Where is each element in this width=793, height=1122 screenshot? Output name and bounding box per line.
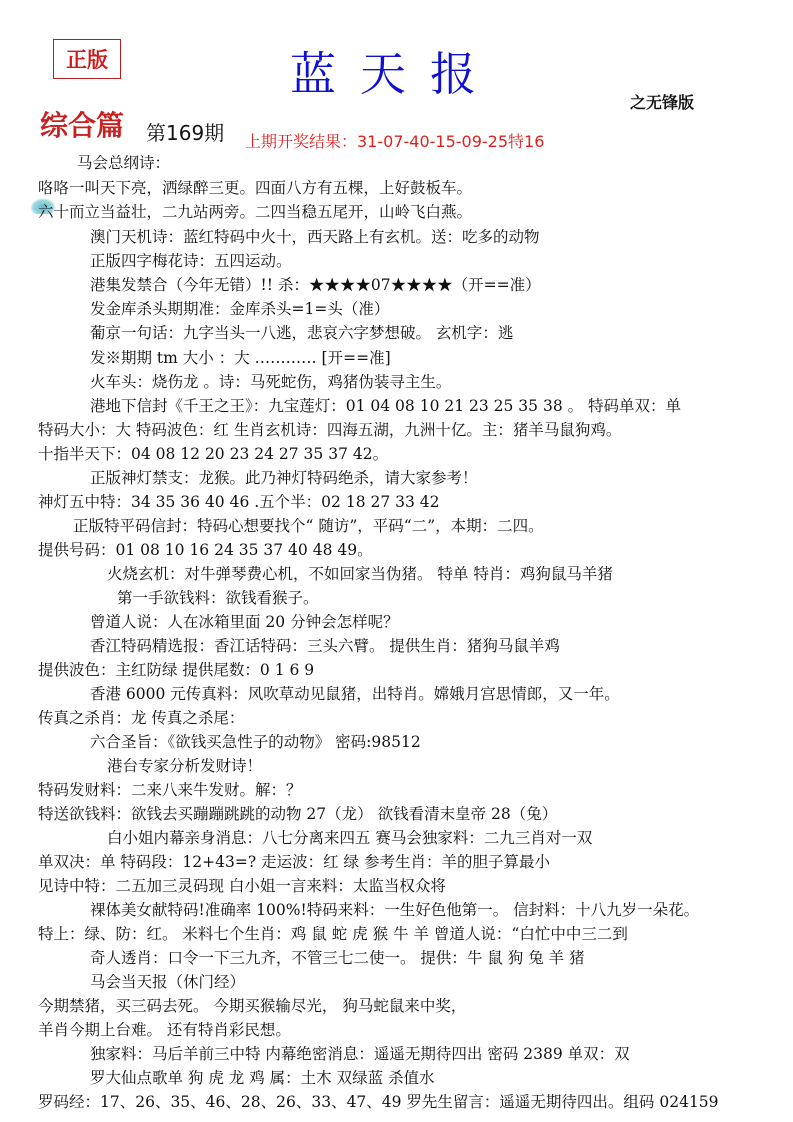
text-line: 葡京一句话：九字当头一八逃，悲哀六字梦想破。 玄机字：逃 [90, 323, 513, 343]
text-line: 澳门天机诗：蓝红特码中火十，西天路上有玄机。送：吃多的动物 [90, 227, 540, 247]
text-line: 咯咯一叫天下亮，洒绿醉三更。四面八方有五棵，上好鼓板车。 [38, 178, 472, 198]
text-line: 独家料：马后羊前三中特 内幕绝密消息：遥遥无期待四出 密码 2389 单双：双 [90, 1044, 630, 1064]
text-line: 马会当天报（休门经） [90, 972, 245, 992]
text-line: 特码大小：大 特码波色：红 生肖玄机诗：四海五湖，九洲十亿。主：猪羊马鼠狗鸡。 [38, 420, 621, 440]
text-line: 正版四字梅花诗：五四运动。 [90, 251, 292, 271]
text-line: 火烧玄机：对牛弹琴费心机，不如回家当伪猪。 特单 特肖：鸡狗鼠马羊猪 [107, 564, 613, 584]
official-version-badge: 正版 [53, 39, 121, 79]
text-line: 火车头：烧伤龙 。诗：马死蛇伤，鸡猪伪装寻主生。 [90, 372, 451, 392]
edition-label: 之无锋版 [630, 90, 694, 113]
text-line: 正版神灯禁支：龙猴。此乃神灯特码绝杀，请大家参考！ [90, 468, 478, 488]
text-line: 特送欲钱料：欲钱去买蹦蹦跳跳的动物 27（龙） 欲钱看清末皇帝 28（兔） [38, 804, 557, 824]
text-line: 特码发财料：二来八来牛发财。解：？ [38, 780, 302, 800]
text-line: 见诗中特：二五加三灵码现 白小姐一言来料：太监当权众将 [38, 876, 446, 896]
text-line: 罗大仙点歌单 狗 虎 龙 鸡 属：土木 双绿蓝 杀值水 [90, 1068, 435, 1088]
text-line: 港地下信封《千王之王》：九宝莲灯：01 04 08 10 21 23 25 35… [90, 396, 681, 416]
text-line: 提供号码：01 08 10 16 24 35 37 40 48 49。 [38, 540, 373, 560]
text-line: 香港 6000 元传真料：风吹草动见鼠猪，出特肖。嫦娥月宫思情郎，又一年。 [90, 684, 620, 704]
text-line: 港集发禁合（今年无错）!! 杀：★★★★07★★★★（开==准） [90, 275, 541, 295]
text-line: 十指半天下：04 08 12 20 23 24 27 35 37 42。 [38, 444, 388, 464]
page-title: 蓝天报 [290, 38, 500, 104]
text-line: 裸体美女献特码!准确率 100%!特码来料：一生好色他第一。 信封料：十八九岁一… [90, 900, 699, 920]
text-line: 正版特平码信封：特码心想要找个“ 随访”，平码“二”，本期：二四。 [73, 516, 544, 536]
section-title: 综合篇 [40, 104, 124, 144]
text-line: 罗码经：17、26、35、46、28、26、33、47、49 罗先生留言：遥遥无… [38, 1092, 719, 1112]
text-line: 提供波色：主红防绿 提供尾数：0 1 6 9 [38, 660, 314, 680]
text-line: 羊肖今期上台难。 还有特肖彩民想。 [38, 1020, 291, 1040]
text-line: 白小姐内幕亲身消息：八七分离来四五 赛马会独家料：二九三肖对一双 [107, 828, 592, 848]
text-line: 港台专家分析发财诗！ [107, 756, 262, 776]
text-line: 特上：绿、防：红。 米料七个生肖：鸡 鼠 蛇 虎 猴 牛 羊 曾道人说：“白忙中… [38, 924, 628, 944]
text-line: 单双决：单 特码段：12+43=? 走运波：红 绿 参考生肖：羊的胆子算最小 [38, 852, 550, 872]
text-line: 神灯五中特：34 35 36 40 46 .五个半：02 18 27 33 42 [38, 492, 440, 512]
text-line: 今期禁猪，买三码去死。 今期买猴输尽光， 狗马蛇鼠来中奖， [38, 996, 466, 1016]
text-line: 香江特码精选报：香江话特码：三头六臂。 提供生肖：猪狗马鼠羊鸡 [90, 636, 560, 656]
text-line: 六十而立当益壮，二九站两旁。二四当稳五尾开，山岭飞白燕。 [38, 202, 472, 222]
text-line: 传真之杀肖：龙 传真之杀尾： [38, 708, 244, 728]
text-line: 六合圣旨：《欲钱买急性子的动物》 密码:98512 [90, 732, 421, 752]
text-line: 第一手欲钱料：欲钱看猴子。 [117, 588, 319, 608]
text-line: 马会总纲诗： [77, 153, 170, 173]
last-draw-result: 上期开奖结果：31-07-40-15-09-25特16 [245, 129, 544, 152]
text-line: 发金库杀头期期准：金库杀头=1=头（准） [90, 299, 389, 319]
text-line: 奇人透肖：口令一下三九齐，不管三七二使一。 提供：牛 鼠 狗 兔 羊 猪 [90, 948, 585, 968]
issue-number: 第169期 [146, 117, 224, 146]
text-line: 曾道人说：人在冰箱里面 20 分钟会怎样呢？ [90, 612, 399, 632]
text-line: 发※期期 tm 大小 ：大 ………… [开==准] [90, 348, 391, 368]
